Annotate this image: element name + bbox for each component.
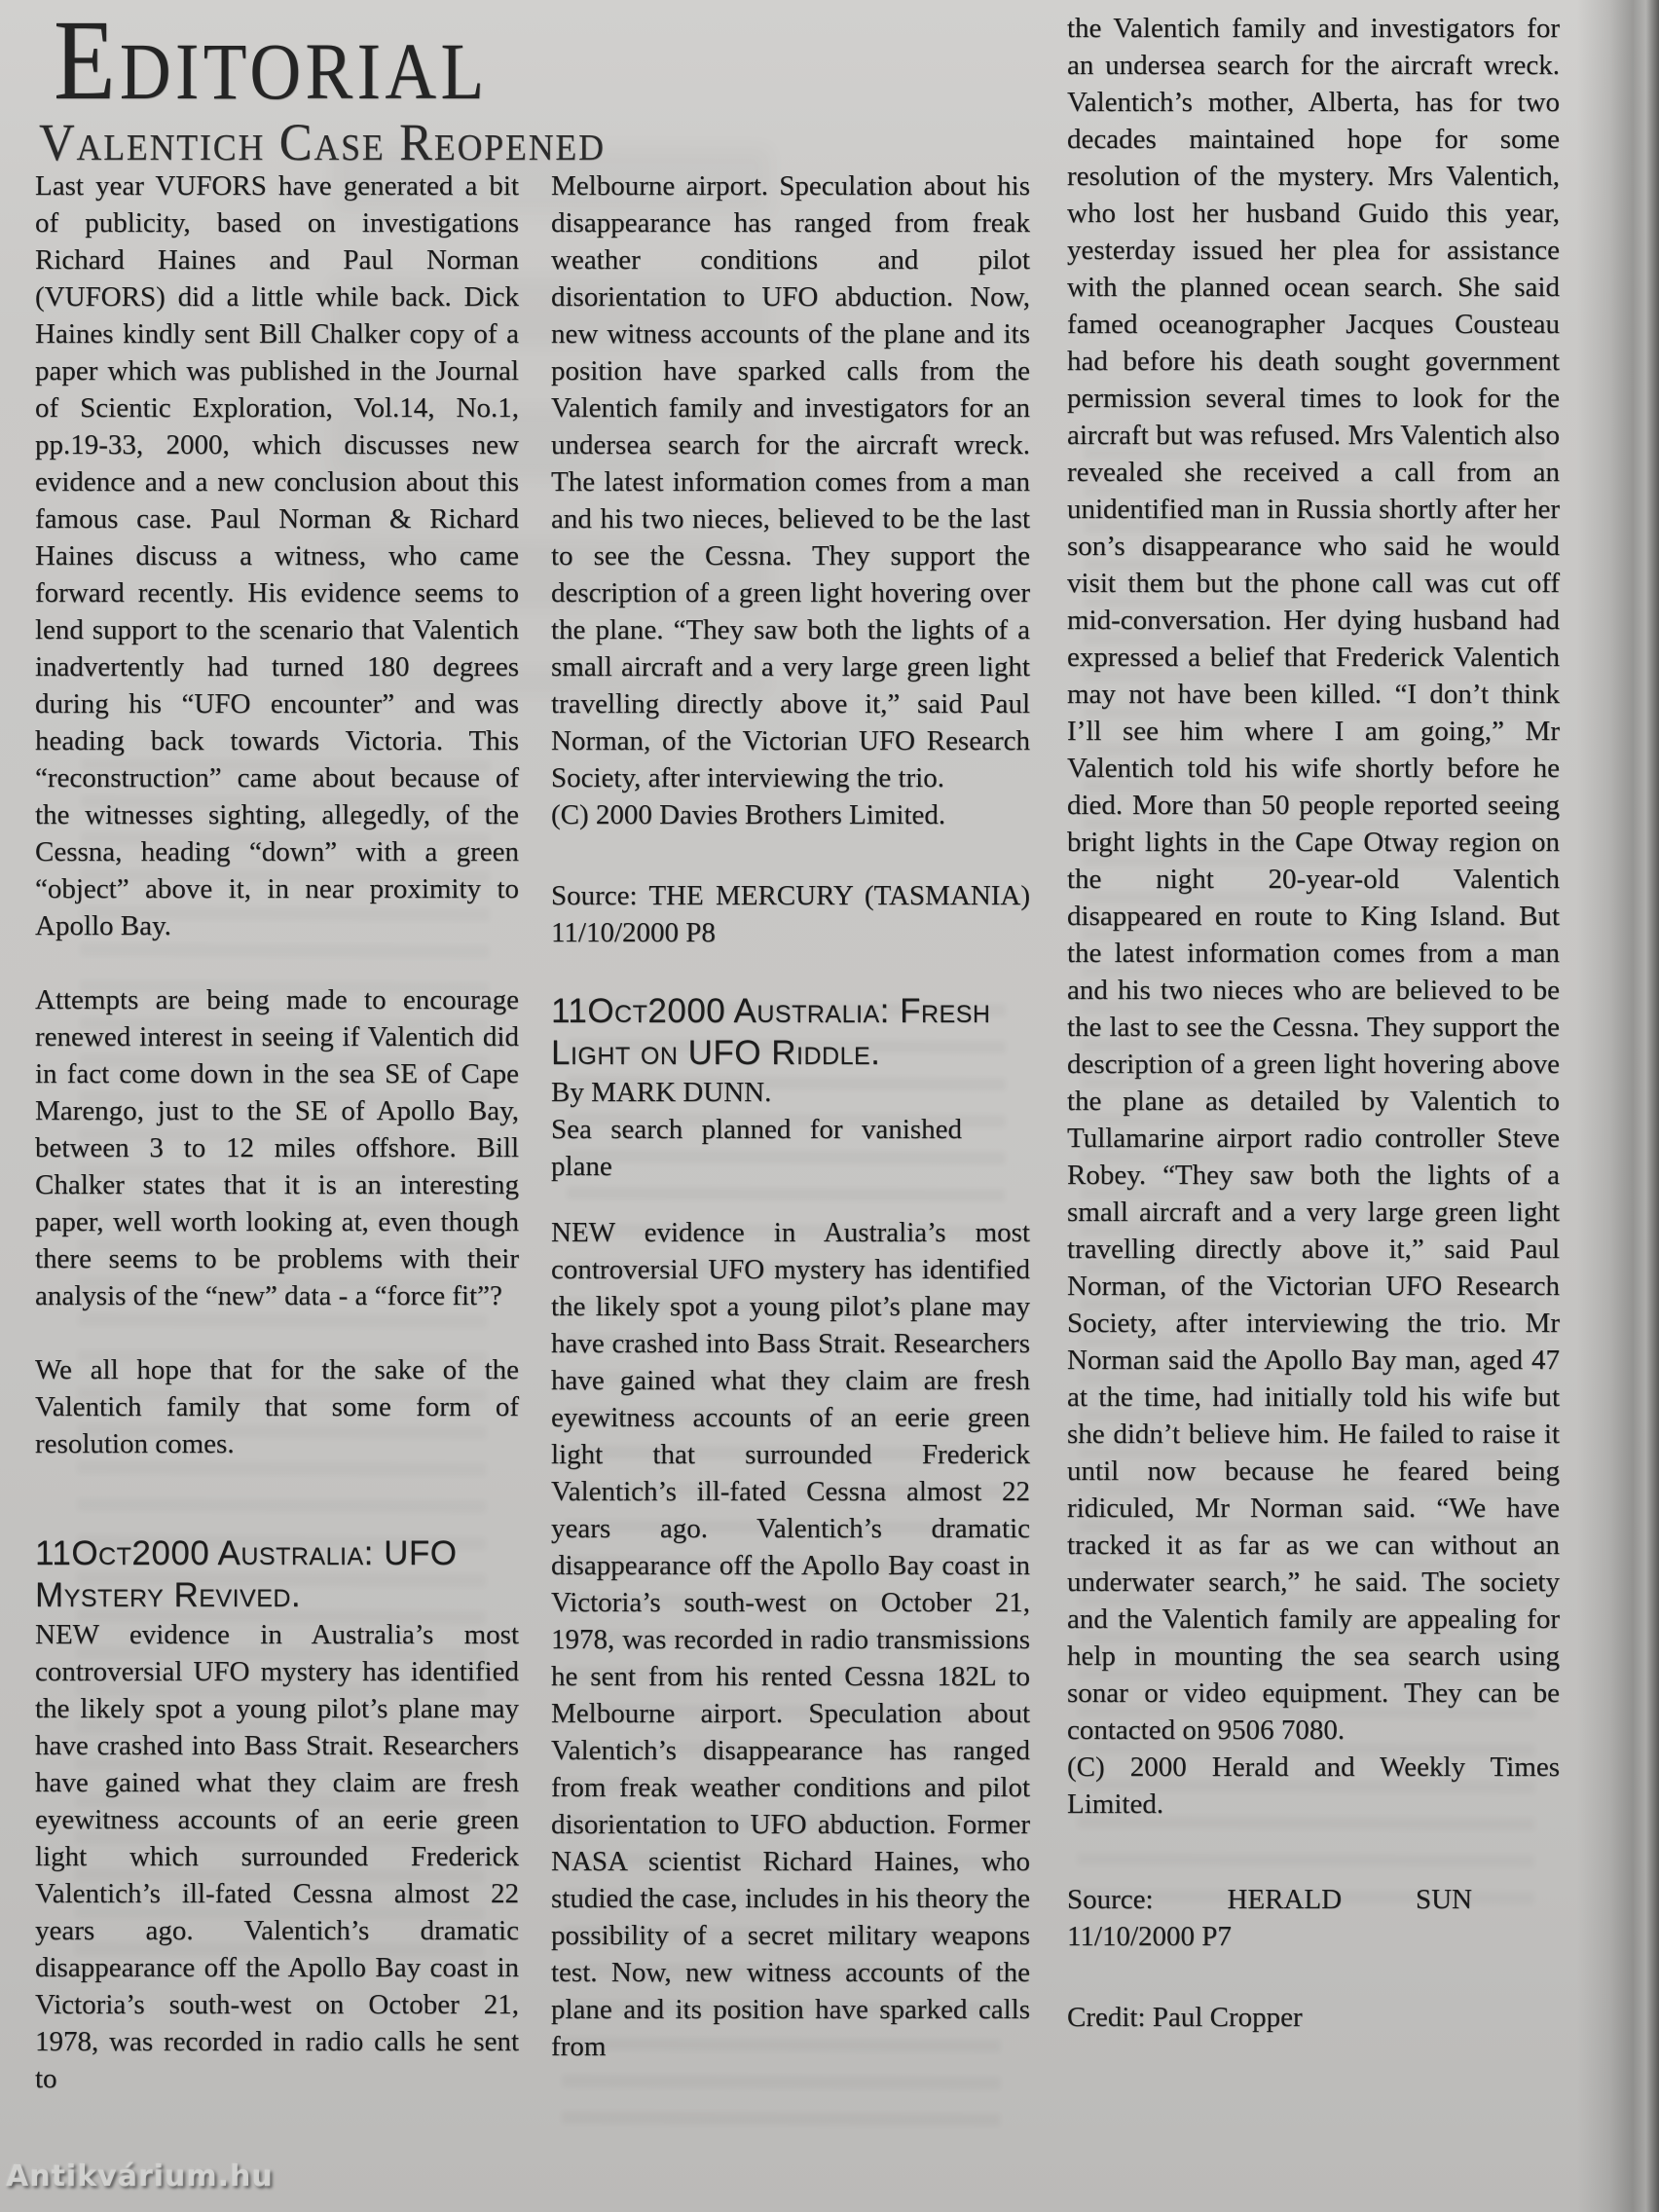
article2-source: Source: HERALD SUN 11/10/2000 P7: [1067, 1881, 1560, 1955]
column-middle: Melbourne airport. Speculation about his…: [551, 167, 1030, 2202]
page-subtitle: Valentich Case Reopened: [39, 117, 960, 167]
editorial-paragraph-3: We all hope that for the sake of the Val…: [35, 1351, 519, 1462]
article2-byline: By MARK DUNN.: [551, 1074, 1030, 1111]
column-left: Last year VUFORS have generated a bit of…: [35, 167, 519, 2202]
article-masthead: Editorial Valentich Case Reopened: [35, 8, 1018, 167]
editorial-paragraph-1: Last year VUFORS have generated a bit of…: [35, 167, 519, 944]
article2-subhead: Sea search planned for vanished plane: [551, 1111, 1030, 1185]
article1-source: Source: THE MERCURY (TASMANIA) 11/10/200…: [551, 877, 1030, 951]
antikvarium-watermark: Antikvárium.hu: [6, 2159, 274, 2194]
article2-body-continued: the Valentich family and investigators f…: [1067, 10, 1560, 1749]
article1-body-start: NEW evidence in Australia’s most controv…: [35, 1616, 519, 2097]
column-right: the Valentich family and investigators f…: [1067, 10, 1560, 2202]
article2-heading: 11Oct2000 Australia: Fresh Light on UFO …: [551, 990, 1030, 1074]
scanned-newsletter-page: Editorial Valentich Case Reopened Last y…: [0, 0, 1659, 2212]
editorial-paragraph-2: Attempts are being made to encourage ren…: [35, 981, 519, 1314]
page-title: Editorial: [54, 8, 903, 113]
article1-copyright: (C) 2000 Davies Brothers Limited.: [551, 796, 1030, 833]
article2-body-start: NEW evidence in Australia’s most controv…: [551, 1214, 1030, 2065]
article2-copyright: (C) 2000 Herald and Weekly Times Limited…: [1067, 1749, 1560, 1823]
article1-body-continued: Melbourne airport. Speculation about his…: [551, 167, 1030, 796]
article2-credit: Credit: Paul Cropper: [1067, 1999, 1560, 2036]
page-edge-shadow: [1577, 0, 1659, 2212]
article1-heading: 11Oct2000 Australia: UFO Mystery Revived…: [35, 1532, 519, 1616]
